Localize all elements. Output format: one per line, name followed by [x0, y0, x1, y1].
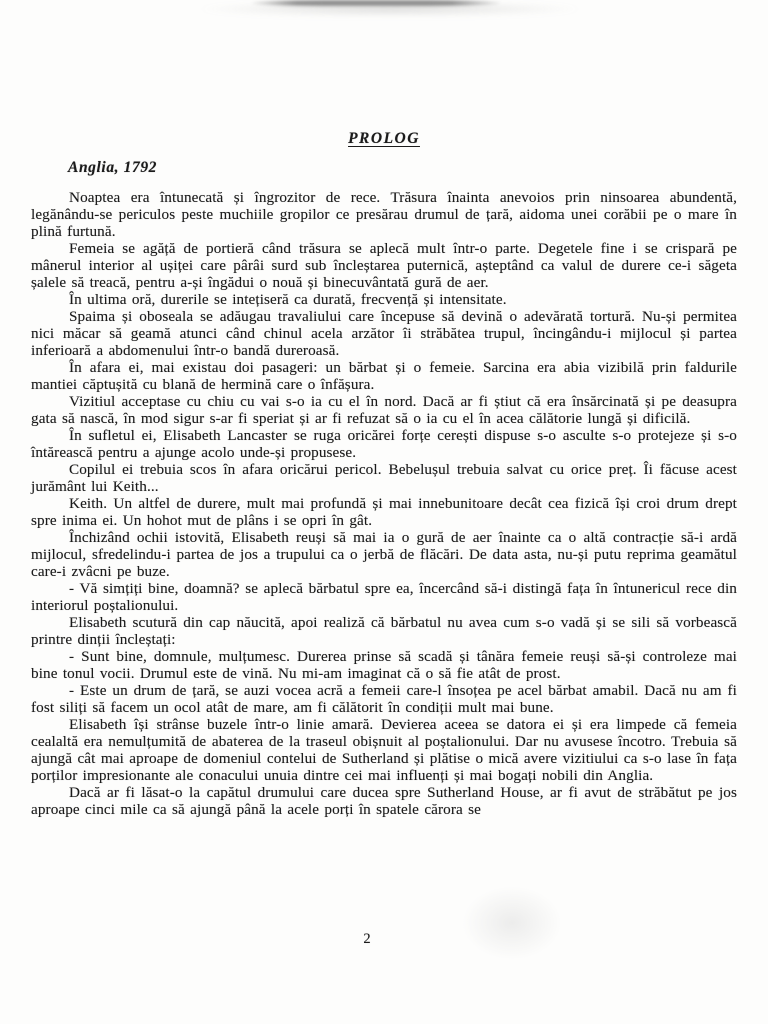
paragraph: - Sunt bine, domnule, mulțumesc. Durerea…	[31, 648, 737, 682]
page-number: 2	[0, 931, 751, 948]
paragraph: Vizitiul acceptase cu chiu cu vai s-o ia…	[31, 393, 737, 427]
paragraph: Noaptea era întunecată și îngrozitor de …	[31, 189, 737, 240]
paragraph: Elisabeth își strânse buzele într-o lini…	[31, 716, 737, 784]
paragraph: În ultima oră, durerile se intețiseră ca…	[31, 291, 737, 308]
paragraph: - Vă simțiți bine, doamnă? se aplecă băr…	[31, 580, 737, 614]
scan-artifact-top-bar	[252, 0, 500, 6]
paragraph: Închizând ochii istovită, Elisabeth reuș…	[31, 529, 737, 580]
paragraph: - Este un drum de țară, se auzi vocea ac…	[31, 682, 737, 716]
chapter-subheading: Anglia, 1792	[68, 159, 768, 177]
book-page: PROLOG Anglia, 1792 Noaptea era întuneca…	[0, 0, 768, 1024]
paragraph: Copilul ei trebuia scos în afara oricăru…	[31, 461, 737, 495]
paragraph: În afara ei, mai existau doi pasageri: u…	[31, 359, 737, 393]
chapter-heading: PROLOG	[0, 0, 768, 148]
scan-artifact-corner-smudge	[462, 886, 562, 960]
paragraph: Spaima și oboseala se adăugau travaliulu…	[31, 308, 737, 359]
paragraph: Elisabeth scutură din cap năucită, apoi …	[31, 614, 737, 648]
paragraph: Dacă ar fi lăsat-o la capătul drumului c…	[31, 784, 737, 818]
body-text: Noaptea era întunecată și îngrozitor de …	[31, 189, 737, 818]
paragraph: În sufletul ei, Elisabeth Lancaster se r…	[31, 427, 737, 461]
paragraph: Femeia se agăță de portieră când trăsura…	[31, 240, 737, 291]
paragraph: Keith. Un altfel de durere, mult mai pro…	[31, 495, 737, 529]
